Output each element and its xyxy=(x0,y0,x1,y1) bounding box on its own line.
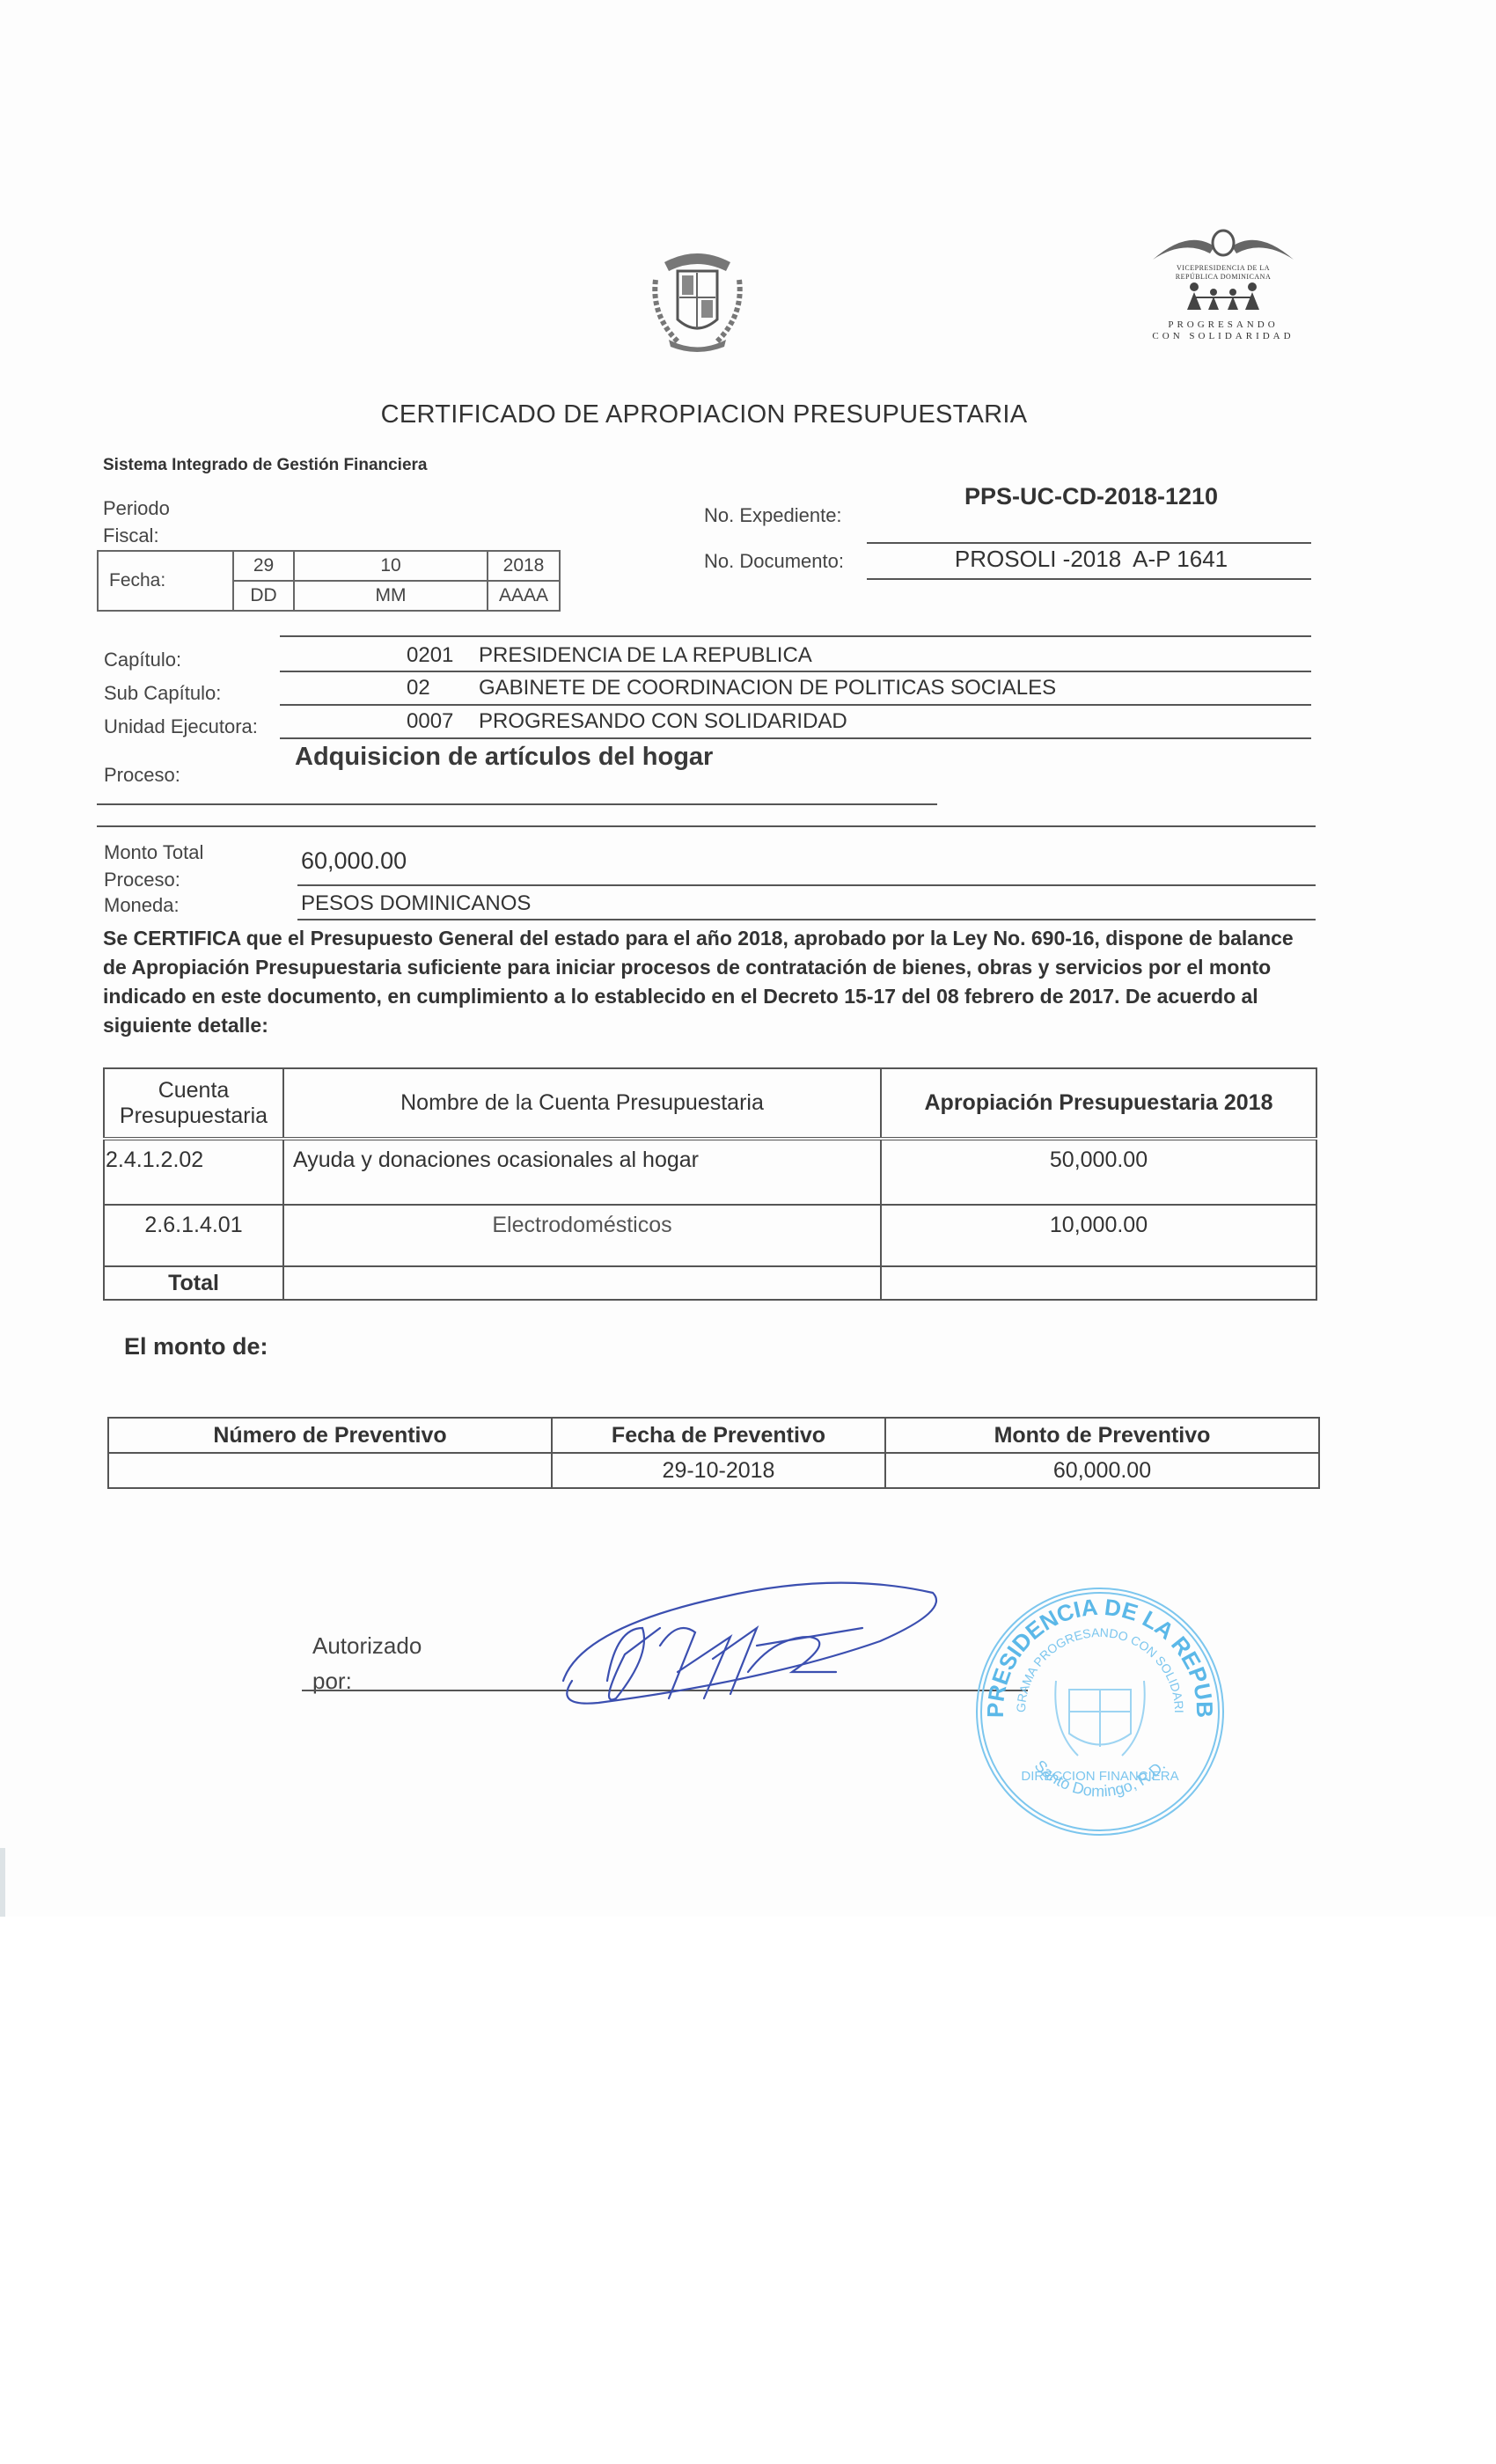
sub-capitulo-label: Sub Capítulo: xyxy=(104,682,221,705)
budget-table: Cuenta Presupuestaria Nombre de la Cuent… xyxy=(103,1067,1317,1301)
expediente-value: PPS-UC-CD-2018-1210 xyxy=(915,483,1267,510)
total-value xyxy=(881,1266,1316,1300)
fecha-month-caption: MM xyxy=(294,581,488,611)
header-numero-preventivo: Número de Preventivo xyxy=(108,1418,552,1453)
fecha-month: 10 xyxy=(294,551,488,581)
signature-icon xyxy=(546,1575,950,1716)
autorizado-label: Autorizado por: xyxy=(312,1628,422,1698)
documento-label: No. Documento: xyxy=(704,550,844,573)
moneda-value: PESOS DOMINICANOS xyxy=(301,891,531,916)
moneda-underline xyxy=(297,919,1316,920)
sub-capitulo-name: GABINETE DE COORDINACION DE POLITICAS SO… xyxy=(479,676,1056,700)
budget-table-header: Cuenta Presupuestaria Nombre de la Cuent… xyxy=(104,1068,1316,1139)
header-apropiacion: Apropiación Presupuestaria 2018 xyxy=(881,1068,1316,1139)
header-nombre: Nombre de la Cuenta Presupuestaria xyxy=(283,1068,881,1139)
capitulo-name: PRESIDENCIA DE LA REPUBLICA xyxy=(479,643,812,668)
header-monto-preventivo: Monto de Preventivo xyxy=(885,1418,1319,1453)
moneda-label: Moneda: xyxy=(104,894,180,917)
proceso-underline xyxy=(97,803,937,805)
sub-capitulo-underline xyxy=(280,704,1311,706)
fecha-day: 29 xyxy=(233,551,294,581)
monto-cell: 10,000.00 xyxy=(881,1205,1316,1266)
prosoli-brand: PROGRESANDO CON SOLIDARIDAD xyxy=(1144,319,1302,342)
system-name: Sistema Integrado de Gestión Financiera xyxy=(103,456,428,475)
family-figures-icon xyxy=(1184,282,1263,312)
table-row: 2.4.1.2.02 Ayuda y donaciones ocasionale… xyxy=(104,1139,1316,1205)
expediente-label: No. Expediente: xyxy=(704,504,842,527)
scan-edge xyxy=(0,1848,5,1917)
table-row: 2.6.1.4.01 Electrodomésticos 10,000.00 xyxy=(104,1205,1316,1266)
header-cuenta: Cuenta Presupuestaria xyxy=(104,1068,283,1139)
fecha-year-caption: AAAA xyxy=(488,581,560,611)
table-row: 29-10-2018 60,000.00 xyxy=(108,1453,1319,1488)
monto-top-line xyxy=(97,825,1316,827)
documento-value: PROSOLI -2018 A-P 1641 xyxy=(915,546,1267,573)
page-title: CERTIFICADO DE APROPIACION PRESUPUESTARI… xyxy=(0,400,1408,429)
preventivo-header: Número de Preventivo Fecha de Preventivo… xyxy=(108,1418,1319,1453)
monto-underline xyxy=(297,884,1316,886)
preventivo-table: Número de Preventivo Fecha de Preventivo… xyxy=(107,1417,1320,1489)
vicepresidencia-text: VICEPRESIDENCIA DE LA REPÚBLICA DOMINICA… xyxy=(1144,264,1302,282)
numero-preventivo xyxy=(108,1453,552,1488)
capitulo-underline xyxy=(280,671,1311,672)
fecha-box: Fecha: 29 10 2018 DD MM AAAA xyxy=(97,550,561,612)
capitulo-label: Capítulo: xyxy=(104,649,181,671)
coat-of-arms-icon xyxy=(647,245,748,355)
expediente-underline xyxy=(867,542,1311,544)
nombre-cell: Electrodomésticos xyxy=(283,1205,881,1266)
section-top-line xyxy=(280,635,1311,637)
proceso-value: Adquisicion de artículos del hogar xyxy=(295,743,713,772)
nombre-cell: Ayuda y donaciones ocasionales al hogar xyxy=(283,1139,881,1205)
fecha-preventivo: 29-10-2018 xyxy=(552,1453,885,1488)
fecha-label: Fecha: xyxy=(98,551,233,611)
monto-de-label: El monto de: xyxy=(124,1333,268,1360)
capitulo-code: 0201 xyxy=(407,643,453,668)
periodo-fiscal-label: Periodo Fiscal: xyxy=(103,495,191,549)
monto-cell: 50,000.00 xyxy=(881,1139,1316,1205)
certification-text: Se CERTIFICA que el Presupuesto General … xyxy=(103,924,1317,1040)
fecha-year: 2018 xyxy=(488,551,560,581)
monto-preventivo: 60,000.00 xyxy=(885,1453,1319,1488)
sub-capitulo-code: 02 xyxy=(407,676,430,700)
unidad-ejecutora-name: PROGRESANDO CON SOLIDARIDAD xyxy=(479,709,847,734)
unidad-ejecutora-code: 0007 xyxy=(407,709,453,734)
total-label: Total xyxy=(104,1266,283,1300)
fecha-day-caption: DD xyxy=(233,581,294,611)
proceso-label: Proceso: xyxy=(104,764,180,787)
unidad-ejecutora-underline xyxy=(280,737,1311,739)
monto-total-value: 60,000.00 xyxy=(301,847,407,875)
cuenta-cell: 2.6.1.4.01 xyxy=(104,1205,283,1266)
cuenta-cell: 2.4.1.2.02 xyxy=(104,1139,283,1205)
documento-underline xyxy=(867,578,1311,580)
unidad-ejecutora-label: Unidad Ejecutora: xyxy=(104,715,258,738)
header-fecha-preventivo: Fecha de Preventivo xyxy=(552,1418,885,1453)
official-stamp-icon: VICEPRESIDENCIA DE LA REPUBLICA PROGRAMA… xyxy=(968,1580,1232,1844)
prosoli-logo: VICEPRESIDENCIA DE LA REPÚBLICA DOMINICA… xyxy=(1144,220,1302,361)
total-empty-cell xyxy=(283,1266,881,1300)
total-row: Total xyxy=(104,1266,1316,1300)
monto-total-label: Monto Total Proceso: xyxy=(104,839,203,893)
eagle-wings-icon xyxy=(1144,220,1302,264)
